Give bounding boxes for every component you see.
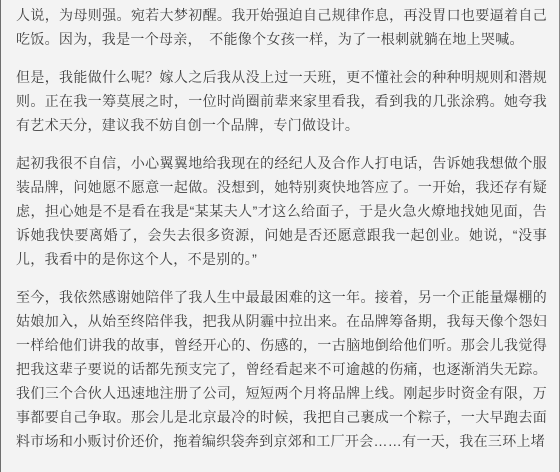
- paragraph: 至今，我依然感谢她陪伴了我人生中最最困难的这一年。接着，另一个正能量爆棚的姑娘加…: [16, 285, 547, 453]
- paragraph: 但是，我能做什么呢？嫁人之后我从没上过一天班，更不懂社会的种种明规则和潜规则。正…: [16, 65, 547, 137]
- paragraph: 人说，为母则强。宛若大梦初醒。我开始强迫自己规律作息，再没胃口也要逼着自己吃饭。…: [16, 3, 547, 51]
- paragraph: 起初我很不自信，小心翼翼地给我现在的经纪人及合作人打电话，告诉她我想做个服装品牌…: [16, 151, 547, 271]
- text-page: 人说，为母则强。宛若大梦初醒。我开始强迫自己规律作息，再没胃口也要逼着自己吃饭。…: [0, 0, 560, 472]
